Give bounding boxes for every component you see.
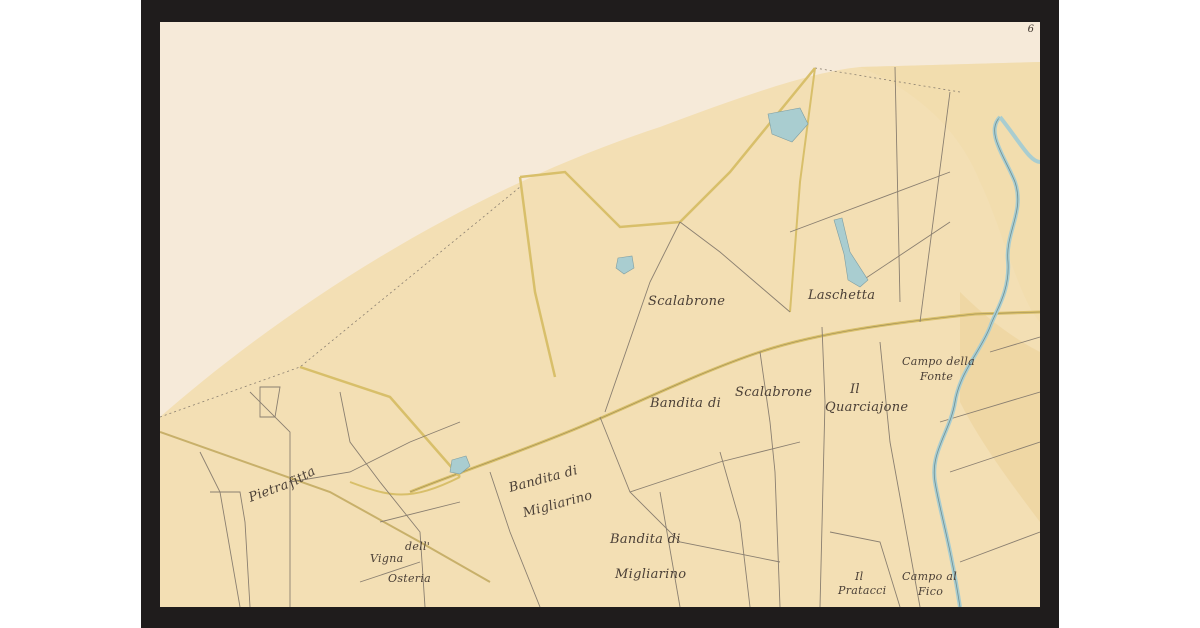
label-di: di [708,396,721,411]
label-scalabrone: Scalabrone [648,294,725,309]
sheet-number: 6 [1028,24,1034,35]
map-sheet: 6 Scalabrone Laschetta Bandita di Scalab… [160,22,1040,607]
label-osteria: Osteria [388,572,431,585]
label-pratacci: Pratacci [838,584,886,597]
label-quarciajone: Quarciajone [825,400,908,415]
label-vigna: Vigna [370,552,403,565]
land-area [160,62,1040,607]
label-campo-della: Campo della [902,355,975,368]
label-bandita-di-2: Bandita di [610,532,681,547]
label-bandita: Bandita [650,396,703,411]
label-migliarino-2: Migliarino [615,567,686,582]
cadastral-map-drawing [160,22,1040,607]
label-fico: Fico [918,585,943,598]
label-fonte: Fonte [920,370,953,383]
label-campo-al: Campo al [902,570,957,583]
label-il-2: Il [855,570,863,583]
label-il: Il [850,382,860,397]
label-dell: dell' [405,540,430,553]
label-scalabrone-2: Scalabrone [735,385,812,400]
label-laschetta: Laschetta [808,288,875,303]
